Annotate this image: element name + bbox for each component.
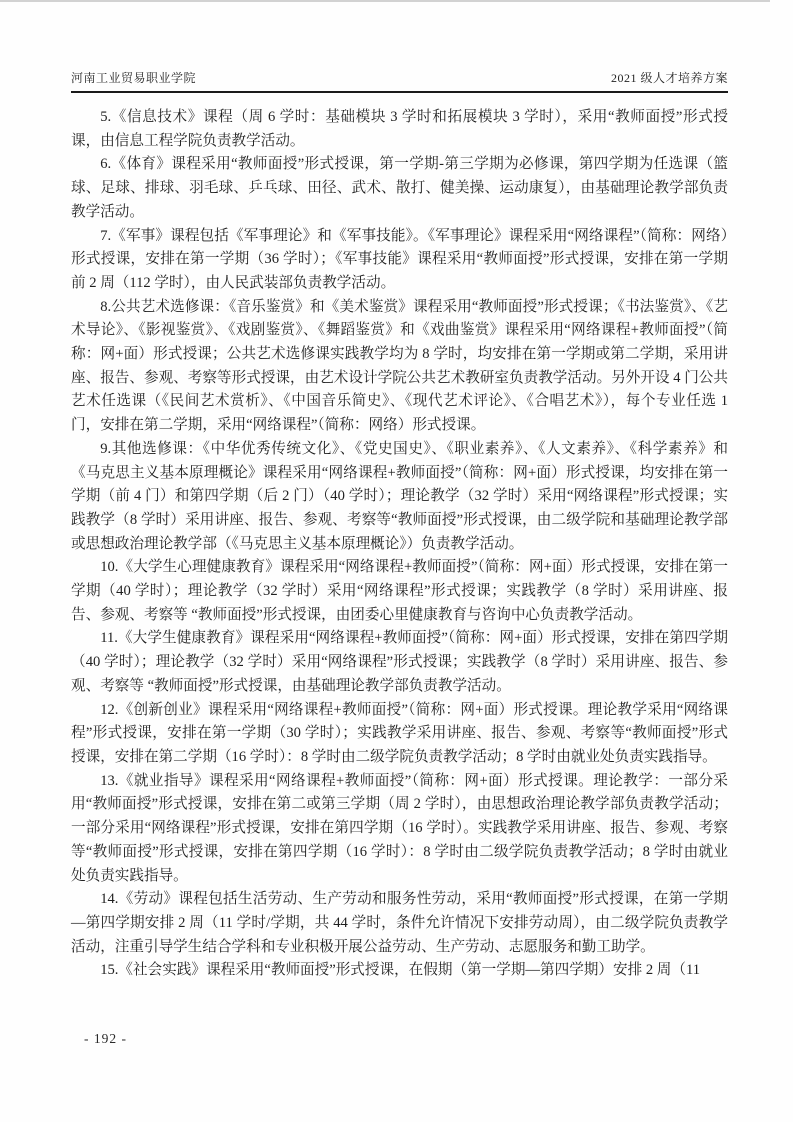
body-paragraph-15: 15.《社会实践》课程采用“教师面授”形式授课，在假期（第一学期—第四学期）安排… (71, 959, 728, 983)
page-footer: - 192 - (84, 1031, 127, 1047)
body-paragraph-11: 11.《大学生健康教育》课程采用“网络课程+教师面授”（简称：网+面）形式授课，… (71, 627, 728, 698)
body-paragraph-10: 10.《大学生心理健康教育》课程采用“网络课程+教师面授”（简称：网+面）形式授… (71, 556, 728, 627)
body-paragraph-5: 5.《信息技术》课程（周 6 学时：基础模块 3 学时和拓展模块 3 学时），采… (71, 106, 728, 153)
header-school-name: 河南工业贸易职业学院 (71, 69, 196, 86)
page-number: - 192 - (84, 1031, 127, 1046)
body-paragraph-8: 8.公共艺术选修课：《音乐鉴赏》和《美术鉴赏》课程采用“教师面授”形式授课；《书… (71, 296, 728, 438)
body-paragraph-6: 6.《体育》课程采用“教师面授”形式授课，第一学期-第三学期为必修课，第四学期为… (71, 153, 728, 224)
page-header: 河南工业贸易职业学院 2021 级人才培养方案 (71, 69, 728, 93)
body-paragraph-13: 13.《就业指导》课程采用“网络课程+教师面授”（简称：网+面）形式授课。理论教… (71, 770, 728, 889)
body-paragraph-14: 14.《劳动》课程包括生活劳动、生产劳动和服务性劳动，采用“教师面授”形式授课，… (71, 888, 728, 959)
document-body: 5.《信息技术》课程（周 6 学时：基础模块 3 学时和拓展模块 3 学时），采… (71, 106, 728, 983)
header-plan-title: 2021 级人才培养方案 (611, 69, 728, 86)
body-paragraph-7: 7.《军事》课程包括《军事理论》和《军事技能》。《军事理论》课程采用“网络课程”… (71, 225, 728, 296)
scan-edge-artifact (0, 0, 770, 2)
body-paragraph-12: 12.《创新创业》课程采用“网络课程+教师面授”（简称：网+面）形式授课。理论教… (71, 699, 728, 770)
body-paragraph-9: 9.其他选修课：《中华优秀传统文化》、《党史国史》、《职业素养》、《人文素养》、… (71, 438, 728, 557)
document-page: 河南工业贸易职业学院 2021 级人才培养方案 5.《信息技术》课程（周 6 学… (0, 0, 793, 1122)
